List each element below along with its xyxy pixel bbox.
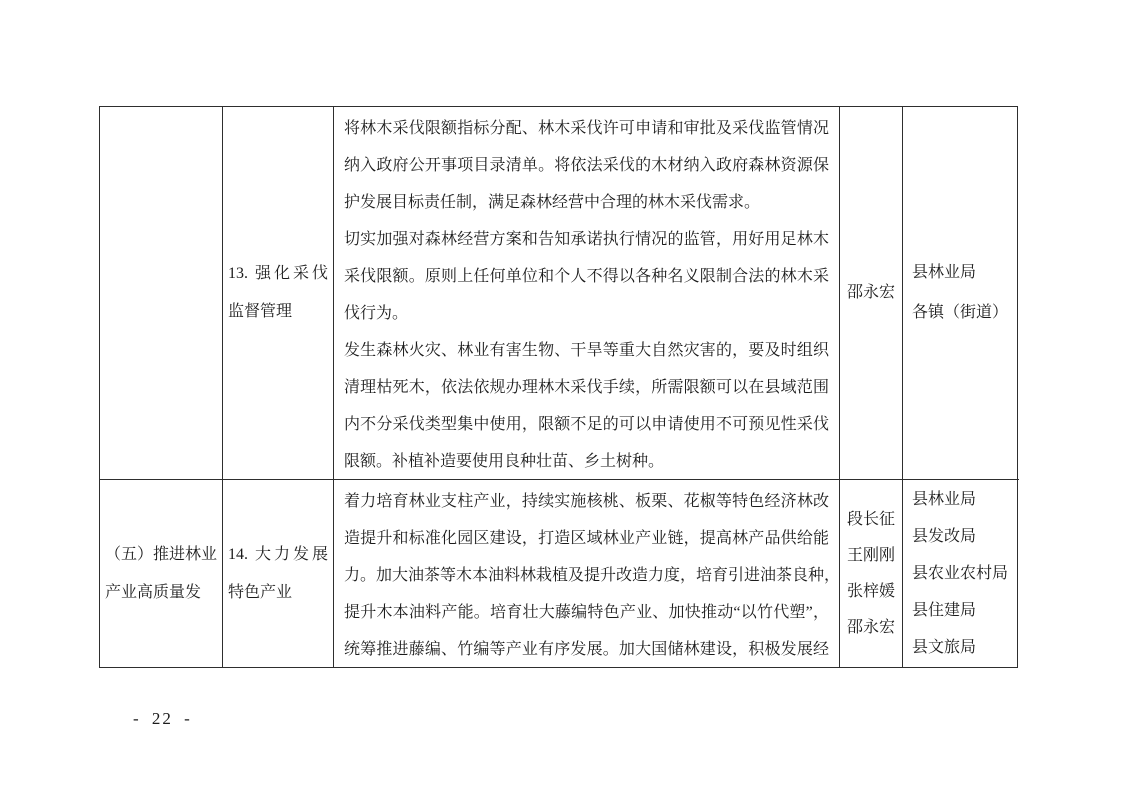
text-line: 切实加强对森林经营方案和告知承诺执行情况的监管，用好用足林木 [344,221,829,258]
leader-cell: 邵永宏 [840,107,903,480]
measure-paragraph: 切实加强对森林经营方案和告知承诺执行情况的监管，用好用足林木 采伐限额。原则上任… [344,221,829,332]
task-title-line: 监督管理 [228,293,328,331]
text-line: 着力培育林业支柱产业，持续实施核桃、板栗、花椒等特色经济林改 [344,483,829,520]
responsible-unit-cell: 县林业局 各镇（街道） [903,107,1019,480]
text-line: 护发展目标责任制，满足森林经营中合理的林木采伐需求。 [344,184,829,221]
text-line: 限额。补植补造要使用良种壮苗、乡土树种。 [344,443,829,480]
page-number: - 22 - [133,709,192,729]
text-line: 采伐限额。原则上任何单位和个人不得以各种名义限制合法的林木采 [344,258,829,295]
task-title-line: 特色产业 [228,574,328,612]
text-line: 将林木采伐限额指标分配、林木采伐许可申请和审批及采伐监管情况 [344,110,829,147]
measure-paragraph: 将林木采伐限额指标分配、林木采伐许可申请和审批及采伐监管情况 纳入政府公开事项目… [344,110,829,221]
task-cell: 13. 强化采伐 监督管理 [223,107,334,480]
measures-cell: 将林木采伐限额指标分配、林木采伐许可申请和审批及采伐监管情况 纳入政府公开事项目… [334,107,840,480]
table-row-14: （五）推进林业 产业高质量发 14. 大力发展 特色产业 着力培育林业支柱产业，… [100,480,1017,667]
unit-name: 县文旅局 [912,629,1019,666]
text-line: 发生森林火灾、林业有害生物、干旱等重大自然灾害的，要及时组织 [344,332,829,369]
leader-name: 邵永宏 [847,275,895,311]
text-line: 力。加大油茶等木本油料林栽植及提升改造力度，培育引进油茶良种， [344,557,829,594]
leader-name: 王刚刚 [847,538,895,574]
category-line: （五）推进林业 [105,536,217,574]
task-title-line: 14. 大力发展 [228,536,328,574]
measure-paragraph: 着力培育林业支柱产业，持续实施核桃、板栗、花椒等特色经济林改 造提升和标准化园区… [344,483,829,667]
unit-name: 县林业局 [912,481,1019,518]
unit-name: 县发改局 [912,518,1019,555]
unit-name: 县住建局 [912,592,1019,629]
leader-name: 邵永宏 [847,610,895,646]
category-cell: （五）推进林业 产业高质量发 [100,480,223,667]
category-cell [100,107,223,480]
text-line: 提升木本油料产能。培育壮大藤编特色产业、加快推动“以竹代塑”， [344,594,829,631]
task-cell: 14. 大力发展 特色产业 [223,480,334,667]
text-line: 清理枯死木，依法依规办理林木采伐手续，所需限额可以在县域范围 [344,369,829,406]
measure-paragraph: 发生森林火灾、林业有害生物、干旱等重大自然灾害的，要及时组织 清理枯死木，依法依… [344,332,829,480]
text-line: 伐行为。 [344,295,829,332]
text-line: 内不分采伐类型集中使用，限额不足的可以申请使用不可预见性采伐 [344,406,829,443]
text-line: 统筹推进藤编、竹编等产业有序发展。加大国储林建设，积极发展经 [344,631,829,667]
responsible-unit-cell: 县林业局 县发改局 县农业农村局 县住建局 县文旅局 [903,480,1019,667]
unit-name: 县林业局 [912,253,1019,293]
text-line: 纳入政府公开事项目录清单。将依法采伐的木材纳入政府森林资源保 [344,147,829,184]
category-line: 产业高质量发 [105,574,217,612]
text-line: 造提升和标准化园区建设，打造区域林业产业链，提高林产品供给能 [344,520,829,557]
task-title-line: 13. 强化采伐 [228,255,328,293]
unit-name: 县农业农村局 [912,555,1019,592]
document-page: 13. 强化采伐 监督管理 将林木采伐限额指标分配、林木采伐许可申请和审批及采伐… [0,0,1122,793]
unit-name: 各镇（街道） [912,293,1019,333]
measures-cell: 着力培育林业支柱产业，持续实施核桃、板栗、花椒等特色经济林改 造提升和标准化园区… [334,480,840,667]
leader-name: 张梓媛 [847,574,895,610]
leader-name: 段长征 [847,502,895,538]
table-row-13: 13. 强化采伐 监督管理 将林木采伐限额指标分配、林木采伐许可申请和审批及采伐… [100,107,1017,480]
leader-cell: 段长征 王刚刚 张梓媛 邵永宏 [840,480,903,667]
plan-table: 13. 强化采伐 监督管理 将林木采伐限额指标分配、林木采伐许可申请和审批及采伐… [99,106,1018,668]
